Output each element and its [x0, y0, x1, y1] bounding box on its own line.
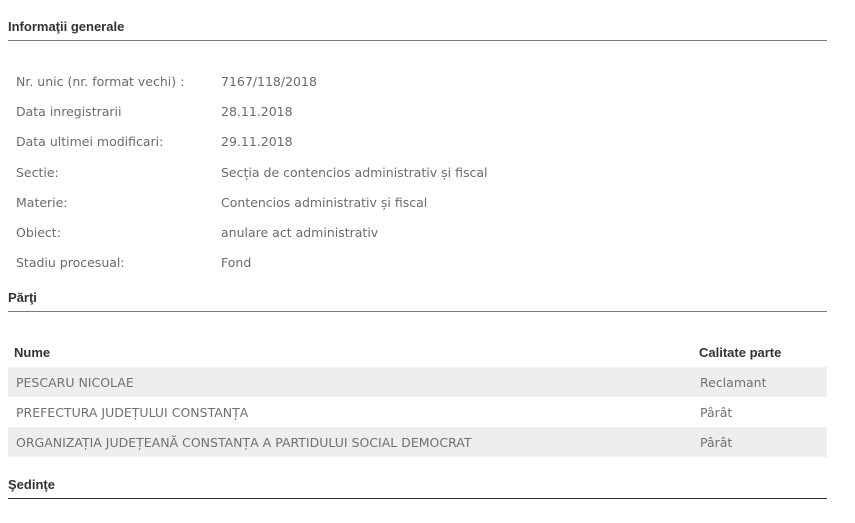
- info-label: Materie:: [16, 187, 221, 217]
- info-label: Nr. unic (nr. format vechi) :: [16, 66, 221, 96]
- general-info-table: Nr. unic (nr. format vechi) : 7167/118/2…: [16, 66, 488, 278]
- table-row: PREFECTURA JUDEȚULUI CONSTANȚA Pârât: [8, 397, 827, 427]
- section-title-hearings: Şedinţe: [8, 477, 827, 499]
- info-value: Secția de contencios administrativ și fi…: [221, 157, 488, 187]
- party-name: ORGANIZAȚIA JUDEȚEANĂ CONSTANȚA A PARTID…: [8, 427, 697, 457]
- info-value: Contencios administrativ și fiscal: [221, 187, 488, 217]
- party-role: Reclamant: [697, 367, 827, 397]
- table-row: PESCARU NICOLAE Reclamant: [8, 367, 827, 397]
- info-row-procedural-stage: Stadiu procesual: Fond: [16, 248, 488, 278]
- info-row-case-number: Nr. unic (nr. format vechi) : 7167/118/2…: [16, 66, 488, 96]
- info-row-section: Sectie: Secția de contencios administrat…: [16, 157, 488, 187]
- parties-table-header: Nume Calitate parte: [8, 337, 827, 367]
- info-label: Sectie:: [16, 157, 221, 187]
- info-label: Stadiu procesual:: [16, 248, 221, 278]
- info-label: Data inregistrarii: [16, 96, 221, 126]
- section-title-parties: Părţi: [8, 290, 827, 312]
- info-row-registration-date: Data inregistrarii 28.11.2018: [16, 96, 488, 126]
- column-header-role: Calitate parte: [697, 337, 827, 367]
- info-value: 28.11.2018: [221, 96, 488, 126]
- table-row: ORGANIZAȚIA JUDEȚEANĂ CONSTANȚA A PARTID…: [8, 427, 827, 457]
- info-value: Fond: [221, 248, 488, 278]
- info-value: 29.11.2018: [221, 127, 488, 157]
- party-role: Pârât: [697, 427, 827, 457]
- info-row-subject-matter: Materie: Contencios administrativ și fis…: [16, 187, 488, 217]
- column-header-name: Nume: [8, 337, 697, 367]
- section-title-general-info: Informaţii generale: [8, 19, 827, 41]
- info-value: 7167/118/2018: [221, 66, 488, 96]
- info-row-object: Obiect: anulare act administrativ: [16, 217, 488, 247]
- info-value: anulare act administrativ: [221, 217, 488, 247]
- party-name: PESCARU NICOLAE: [8, 367, 697, 397]
- info-row-last-modified: Data ultimei modificari: 29.11.2018: [16, 127, 488, 157]
- info-label: Obiect:: [16, 217, 221, 247]
- party-role: Pârât: [697, 397, 827, 427]
- parties-table: Nume Calitate parte PESCARU NICOLAE Recl…: [8, 337, 827, 457]
- party-name: PREFECTURA JUDEȚULUI CONSTANȚA: [8, 397, 697, 427]
- info-label: Data ultimei modificari:: [16, 127, 221, 157]
